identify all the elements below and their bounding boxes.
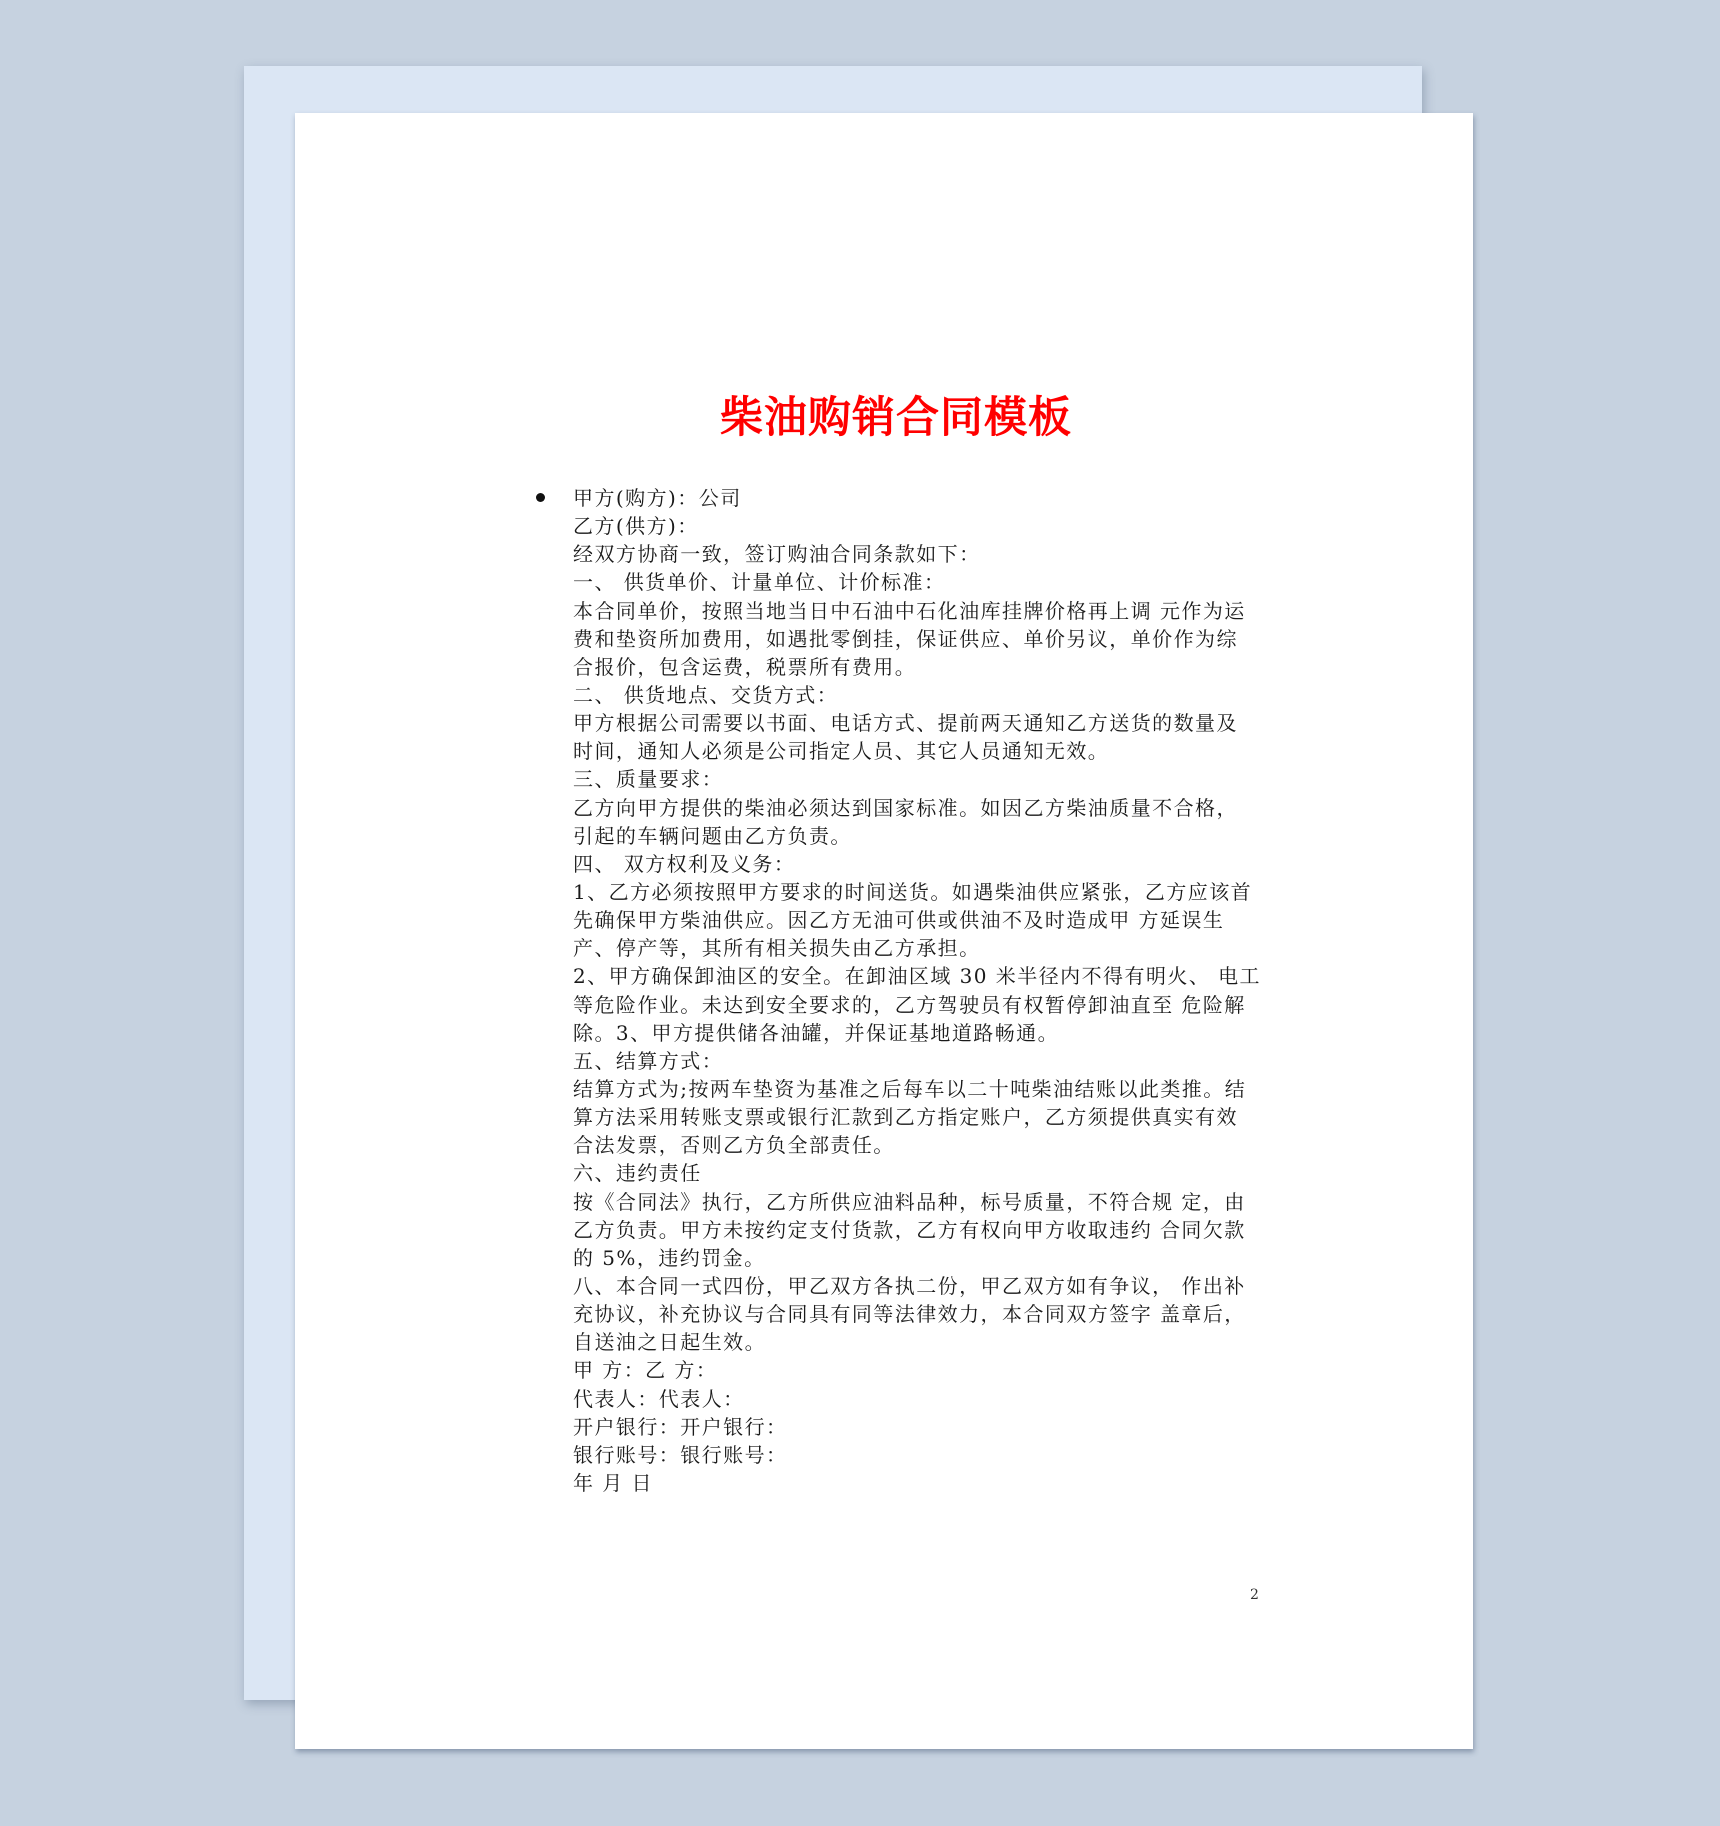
- body-line: 费和垫资所加费用，如遇批零倒挂，保证供应、单价另议，单价作为综: [573, 625, 1273, 653]
- body-line: 等危险作业。未达到安全要求的，乙方驾驶员有权暂停卸油直至 危险解: [573, 991, 1273, 1019]
- body-line: 本合同单价，按照当地当日中石油中石化油库挂牌价格再上调 元作为运: [573, 597, 1273, 625]
- contract-body: 甲方(购方)：公司 乙方(供方)： 经双方协商一致，签订购油合同条款如下： 一、…: [573, 484, 1273, 1497]
- section-5-heading: 五、结算方式：: [573, 1047, 1273, 1075]
- signature-bank-line: 开户银行：开户银行：: [573, 1413, 1273, 1441]
- party-b-line: 乙方(供方)：: [573, 512, 1273, 540]
- section-3-heading: 三、质量要求：: [573, 765, 1273, 793]
- body-line: 的 5%，违约罚金。: [573, 1244, 1273, 1272]
- intro-line: 经双方协商一致，签订购油合同条款如下：: [573, 540, 1273, 568]
- body-line: 自送油之日起生效。: [573, 1328, 1273, 1356]
- page-number: 2: [1250, 1584, 1259, 1606]
- signature-date-line: 年 月 日: [573, 1469, 1273, 1497]
- signature-account-line: 银行账号：银行账号：: [573, 1441, 1273, 1469]
- section-1-heading: 一、 供货单价、计量单位、计价标准：: [573, 568, 1273, 596]
- section-6-heading: 六、违约责任: [573, 1159, 1273, 1187]
- body-line: 1、乙方必须按照甲方要求的时间送货。如遇柴油供应紧张，乙方应该首: [573, 878, 1273, 906]
- party-a-line: 甲方(购方)：公司: [573, 484, 1273, 512]
- body-line: 结算方式为;按两车垫资为基准之后每车以二十吨柴油结账以此类推。结: [573, 1075, 1273, 1103]
- body-line: 2、甲方确保卸油区的安全。在卸油区域 30 米半径内不得有明火、 电工: [573, 962, 1273, 990]
- body-line: 乙方负责。甲方未按约定支付货款，乙方有权向甲方收取违约 合同欠款: [573, 1216, 1273, 1244]
- section-8-line: 八、本合同一式四份，甲乙双方各执二份，甲乙双方如有争议， 作出补: [573, 1272, 1273, 1300]
- body-line: 时间，通知人必须是公司指定人员、其它人员通知无效。: [573, 737, 1273, 765]
- body-line: 充协议，补充协议与合同具有同等法律效力，本合同双方签字 盖章后，: [573, 1300, 1273, 1328]
- body-line: 算方法采用转账支票或银行汇款到乙方指定账户，乙方须提供真实有效: [573, 1103, 1273, 1131]
- signature-parties-line: 甲 方：乙 方：: [573, 1356, 1273, 1384]
- body-line: 按《合同法》执行，乙方所供应油料品种，标号质量，不符合规 定，由: [573, 1188, 1273, 1216]
- body-line: 乙方向甲方提供的柴油必须达到国家标准。如因乙方柴油质量不合格，: [573, 794, 1273, 822]
- bullet-icon: [536, 493, 545, 502]
- body-line: 先确保甲方柴油供应。因乙方无油可供或供油不及时造成甲 方延误生: [573, 906, 1273, 934]
- document-title: 柴油购销合同模板: [295, 390, 1473, 446]
- body-line: 引起的车辆问题由乙方负责。: [573, 822, 1273, 850]
- signature-representative-line: 代表人：代表人：: [573, 1385, 1273, 1413]
- body-line: 除。3、甲方提供储各油罐，并保证基地道路畅通。: [573, 1019, 1273, 1047]
- body-line: 合报价，包含运费，税票所有费用。: [573, 653, 1273, 681]
- body-line: 合法发票，否则乙方负全部责任。: [573, 1131, 1273, 1159]
- body-line: 甲方根据公司需要以书面、电话方式、提前两天通知乙方送货的数量及: [573, 709, 1273, 737]
- section-2-heading: 二、 供货地点、交货方式：: [573, 681, 1273, 709]
- body-line: 产、停产等，其所有相关损失由乙方承担。: [573, 934, 1273, 962]
- section-4-heading: 四、 双方权利及义务：: [573, 850, 1273, 878]
